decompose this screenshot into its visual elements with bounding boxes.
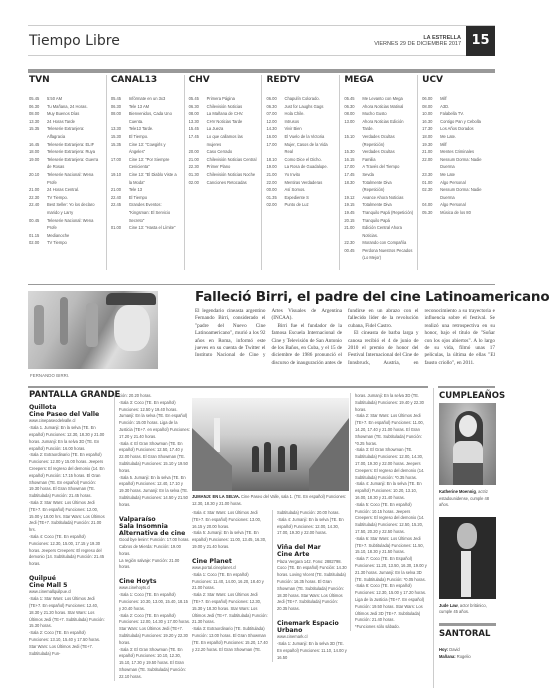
program-title: Expediente S [284, 194, 335, 202]
venue-url[interactable]: www.cinemark.cl [277, 634, 348, 641]
program-row: 17.30Los Años Dorados [422, 125, 491, 133]
section-heading: PANTALLA GRANDE [29, 390, 120, 400]
program-row: 02.00TV Tiempo [29, 239, 102, 247]
santoral-item: Mañana: Rogelio [439, 654, 495, 661]
program-time: 06.30 [189, 103, 207, 111]
program-time: 17.00 [111, 156, 129, 171]
program-row: 04.00Algo Personal [422, 201, 491, 209]
city-name: Quilpué [29, 575, 105, 582]
program-row: 15.10Verdades Ocultas (Repetición) [344, 133, 413, 148]
program-title: Teleserie Nacional: Wena Profe [47, 217, 102, 232]
program-title: Algo Personal [440, 179, 491, 187]
paper-info: LA ESTRELLA VIERNES 29 DE DICIEMBRE 2017 [374, 35, 461, 47]
program-title: A3D. [440, 103, 491, 111]
program-title: Así Somos. [284, 186, 335, 194]
program-time: 22.45 [111, 201, 129, 224]
program-title: Primera Página [207, 95, 258, 103]
showtimes: -Sala 5: Coco (TE. En español) Función: … [355, 502, 428, 536]
program-time: 17.45 [344, 171, 362, 179]
program-title: Intrusos [284, 118, 335, 126]
program-time: 05.30 [422, 209, 440, 217]
program-row: 18.10Como Dice el Dicho. [266, 156, 335, 164]
program-time: 21.00 [111, 186, 129, 194]
program-row: 22.30Morando con Compañía [344, 239, 413, 247]
program-title: Chilevisión Noticias Noche [207, 171, 258, 179]
program-title: 5:50 AM [47, 95, 102, 103]
program-row: 22.00Mentiras Verdaderas [266, 179, 335, 187]
showtimes: -Sala 1. Jumanji: En la selva (TE. En es… [29, 425, 105, 452]
program-row: 02.00Canciones Retocadas [189, 179, 258, 187]
program-time: 00.45 [344, 247, 362, 262]
channel-name: MEGA [344, 75, 413, 85]
program-title: Totalmente Diva [362, 201, 413, 209]
program-title: Lo que callamos las mujeres [207, 133, 258, 148]
showtimes: -Sala 8: Coco (TE. En español) Funciones… [355, 583, 428, 624]
channel-column: CANAL1305.45Infórmate en un 3x306.30Tele… [106, 75, 184, 270]
program-row: 17.45Sevda [344, 171, 413, 179]
program-row: 15.35Teleserie Extranjera: Alfagracia [29, 125, 102, 140]
venue-subtitle: Alternativa de cine [119, 530, 190, 537]
program-row: 17.45Lo que callamos las mujeres [189, 133, 258, 148]
showtimes: -Sala 3: El Gran Showman (TE. Subtitulad… [355, 447, 428, 481]
issue-date: VIERNES 29 DE DICIEMBRE 2017 [374, 41, 461, 47]
program-title: Teleserie Nacional: Wena Profe [47, 171, 102, 186]
program-time: 13.00 [344, 118, 362, 133]
program-title: Mujer, Casos de la Vida Real [284, 141, 335, 156]
program-title: Medianoche [47, 232, 102, 240]
showtimes: La región salvaje: Función: 21.00 horas. [119, 558, 190, 572]
program-time: 02.30 [422, 186, 440, 201]
program-title: Caso Cerrado [207, 148, 258, 156]
program-row: 19.30Milf [422, 141, 491, 149]
program-title: Algo Personal [440, 201, 491, 209]
program-title: Mentes Criminales [440, 148, 491, 156]
program-time: 15.35 [29, 125, 47, 140]
program-title: Teleserie Extranjera: Ruya [47, 148, 102, 156]
program-row: 06.30Chilevisión Noticias [189, 103, 258, 111]
program-row: 14.30Vivir Bien [266, 125, 335, 133]
program-row: 19.12Avance Ahora Noticias [344, 194, 413, 202]
program-time: 22.40 [29, 201, 47, 216]
program-title: Muy Buenos Días [47, 110, 102, 118]
program-time: 18.00 [29, 148, 47, 156]
program-time: 22.00 [266, 179, 284, 187]
program-time: 01.00 [111, 224, 129, 232]
channel-column: CHV05.45Primera Página06.30Chilevisión N… [184, 75, 262, 270]
program-row: 08.00Mucho Gusto [344, 110, 413, 118]
program-title: Verdades Ocultas (Repetición) [362, 133, 413, 148]
program-row: 13.30Tele13 Tarde. [111, 125, 180, 133]
santoral-name: Rogelio [456, 654, 471, 659]
program-time: 16.30 [422, 118, 440, 126]
program-time: 08.00 [29, 110, 47, 118]
venue-name: Sala Insomnia [119, 523, 190, 530]
program-time: 22.30 [344, 239, 362, 247]
program-time: 15.10 [344, 133, 362, 148]
program-title: Teleserie Extranjera: ELIF [47, 141, 102, 149]
showtimes: horas. Jumanji: En la selva 3D (TE. Subt… [355, 393, 428, 413]
program-row: 06.00Chapulín Colorado. [266, 95, 335, 103]
program-title: La Jueza [207, 125, 258, 133]
santoral-label: Hoy: [439, 647, 448, 652]
program-row: 13.30CHV Noticias Tarde [189, 118, 258, 126]
channel-name: TVN [29, 75, 102, 85]
program-time: 06.30 [344, 103, 362, 111]
showtimes: -Sala 1: Jumanji: En la selva 3D (TE. En… [277, 641, 348, 661]
program-title: Best Seller: Yo los declaro marido y Lar… [47, 201, 102, 216]
program-time: 21.00 [189, 156, 207, 164]
program-title: Chilevisión Noticias Central [207, 156, 258, 164]
program-time: 07.00 [266, 110, 284, 118]
program-time: 21.00 [29, 186, 47, 194]
program-title: Cine 13: "Por Siempre Cenicienta" [129, 156, 180, 171]
program-row: 07.00Hola Chile. [266, 110, 335, 118]
program-row: 15.30Verdades Ocultas [344, 148, 413, 156]
birthday-caption: Katherine Moennig, actriz estadounidense… [439, 489, 495, 509]
program-title: Tu Mañana, 24 Horas. [47, 103, 102, 111]
program-row: 19.00La Rosa de Guadalupe. [266, 163, 335, 171]
showtimes: -Sala 2: Star Wars: Los Últimos Jedi (TE… [192, 592, 268, 626]
program-row: 18.30Totalmente Diva (Repetición) [344, 179, 413, 194]
program-row: 12.00Intrusos [266, 118, 335, 126]
program-row: 19.15Totalmente Diva [344, 201, 413, 209]
program-title: Tranquilo Papá [362, 217, 413, 225]
showtimes: -Sala 5. Jumanji: En la selva (TE. En es… [119, 475, 190, 509]
program-title: Primer Plano [207, 163, 258, 171]
program-title: Bienvenidos, Cada Uno Cuenta. [129, 110, 180, 125]
program-row: 15.45La Jueza [189, 125, 258, 133]
program-row: 20.10Teleserie Nacional: Wena Profe [29, 171, 102, 186]
city-name: Viña del Mar [277, 544, 348, 551]
program-time: 10.00 [422, 110, 440, 118]
program-time: 17.30 [422, 125, 440, 133]
program-title: TV Tiempo [47, 239, 102, 247]
program-row: 15.30El Tiempo. [111, 133, 180, 141]
program-time: 06.30 [266, 103, 284, 111]
program-time: 08.00 [344, 110, 362, 118]
program-row: 05.45Primera Página [189, 95, 258, 103]
program-row: 05.455:50 AM [29, 95, 102, 103]
program-time: 06.00 [422, 95, 440, 103]
venue-name: Cine Planet [192, 558, 268, 565]
program-time: 13.30 [29, 118, 47, 126]
santoral-label: Mañana: [439, 654, 456, 659]
channel-column: MEGA05.45Me Levanto con Mega06.30Ahora N… [339, 75, 417, 270]
program-title: Sevda [362, 171, 413, 179]
showtimes: -Sala 3: Extraordinario (TE. Subtitulada… [192, 626, 268, 653]
program-row: 02.00Punto de Luz [266, 201, 335, 209]
program-time: 00.45 [29, 217, 47, 232]
program-row: 05.45Infórmate en un 3x3 [111, 95, 180, 103]
showtimes: -Sala 3: El Gran Showman (TE. En español… [119, 647, 190, 681]
program-time: 05.45 [344, 95, 362, 103]
listing-column: Quillota Cine Paseo del Valle www.cinepa… [29, 404, 105, 657]
listing-column: Subtitulada) Función: 20.00 horas. -Sala… [272, 510, 348, 662]
program-title: Tele13 Tarde. [129, 125, 180, 133]
program-title: El Tiempo [129, 194, 180, 202]
program-row: 08.00A3D. [422, 103, 491, 111]
program-row: 08.00Muy Buenos Días [29, 110, 102, 118]
program-title: Cine 13: "Hasta el Límite" [129, 224, 180, 232]
program-row: 22.30TV Tiempo. [29, 194, 102, 202]
program-time: 02.00 [29, 239, 47, 247]
program-time: 15.35 [111, 141, 129, 156]
program-title: Grandes Eventos: "Kingsman: El Servicio … [129, 201, 180, 224]
program-row: 00.45Perdona Nuestros Pecados (Lo Mejor) [344, 247, 413, 262]
birthdays-heading: CUMPLEAÑOS [439, 391, 495, 401]
program-title: Música de los 80 [440, 209, 491, 217]
program-row: 05.30Música de los 80 [422, 209, 491, 217]
program-time: 19.15 [344, 201, 362, 209]
birthday-photo [439, 403, 496, 485]
program-title: Canciones Retocadas [207, 179, 258, 187]
program-row: 21.00Mentes Criminales [422, 148, 491, 156]
channel-column: TVN05.455:50 AM06.30Tu Mañana, 24 Horas.… [28, 75, 106, 270]
channel-name: UCV [422, 75, 491, 85]
showtimes: Plaza Vergara 142. Fono: 2882798. [277, 559, 348, 566]
program-row: 08.00Bienvenidos, Cada Uno Cuenta. [111, 110, 180, 125]
birri-photo [28, 291, 158, 369]
program-time: 23.30 [422, 171, 440, 179]
program-time: 14.30 [266, 125, 284, 133]
birthday-name: Katherine Moennig [439, 489, 476, 494]
program-time: 20.10 [29, 171, 47, 186]
article-headline: Falleció Birri, el padre del cine Latino… [195, 289, 549, 305]
program-time: 17.45 [189, 133, 207, 148]
program-time: 19.45 [344, 209, 362, 217]
showtimes: -Sala 4: Star Wars: Los Últimos Jedi (TE… [192, 510, 268, 530]
program-time: 20.00 [189, 148, 207, 156]
caption-title: JUMANJI: EN LA SELVA. [192, 494, 240, 499]
program-title: La Mañana de CHV. [207, 110, 258, 118]
program-row: 23.30Me Late [422, 171, 491, 179]
program-time: 16.15 [344, 156, 362, 164]
program-time: 15.30 [344, 148, 362, 156]
santoral-heading: SANTORAL [439, 629, 495, 639]
program-row: 01.00Cine 13: "Hasta el Límite" [111, 224, 180, 232]
birthday-photo [439, 517, 496, 599]
showtimes: -Sala 1: Coco (TE. En español) Funciones… [119, 592, 190, 612]
program-title: Me Late [440, 171, 491, 179]
program-title: Me Levanto con Mega [362, 95, 413, 103]
showtimes: -Sala 4: Jumanji: En la selva (TE. En es… [355, 481, 428, 501]
showtimes: Subtitulada) Función: 20.00 horas. [277, 510, 348, 517]
venue-url[interactable]: www.portal.cineplanet.cl [192, 565, 268, 572]
program-title: Just for Laughs Gags [284, 103, 335, 111]
program-row: 21.0024 Horas Central. [29, 186, 102, 194]
program-time: 22.00 [422, 156, 440, 171]
program-row: 16.00El Vuelo de la Victoria [266, 133, 335, 141]
program-title: Chilevisión Noticias [207, 103, 258, 111]
program-row: 16.30Contigo Pan y Cebolla [422, 118, 491, 126]
venue-url[interactable]: www.cinemallquilpue.cl [29, 589, 105, 596]
program-title: Tranquilo Papá (Repetición) [362, 209, 413, 217]
program-time: 20.15 [344, 217, 362, 225]
program-row: 00.45Teleserie Nacional: Wena Profe [29, 217, 102, 232]
program-title: Morando con Compañía [362, 239, 413, 247]
program-row: 01.35Expediente S [266, 194, 335, 202]
program-title: Como Dice el Dicho. [284, 156, 335, 164]
program-time: 08.00 [422, 103, 440, 111]
program-time: 08.00 [189, 110, 207, 118]
listing-column: ción: 20.20 horas. -Sala 3: Coco (TE. En… [114, 393, 190, 681]
program-title: Infórmate en un 3x3 [129, 95, 180, 103]
program-title: Contigo Pan y Cebolla [440, 118, 491, 126]
program-time: 00.00 [266, 186, 284, 194]
program-row: 08.00La Mañana de CHV. [189, 110, 258, 118]
program-row: 22.00Nessum Dorma: Nadie Duerma [422, 156, 491, 171]
program-title: Nessum Dorma: Nadie Duerma [440, 186, 491, 201]
program-time: 01.15 [29, 232, 47, 240]
photo-caption: FERNANDO BIRRI. [30, 373, 69, 378]
program-row: 13.00Ahora Noticias Edición Tarde. [344, 118, 413, 133]
program-title: Familia [362, 156, 413, 164]
program-title: Tele 13 AM [129, 103, 180, 111]
program-row: 16.15Familia [344, 156, 413, 164]
program-time: 05.45 [29, 95, 47, 103]
program-row: 10.00Falabella TV. [422, 110, 491, 118]
channel-name: CHV [189, 75, 258, 85]
program-row: 21.00Yo Invito [266, 171, 335, 179]
program-time: 16.00 [266, 133, 284, 141]
program-row: 06.30Just for Laughs Gags [266, 103, 335, 111]
program-time: 06.30 [29, 103, 47, 111]
program-title: A Través del Tiempo [362, 163, 413, 171]
divider-bar [439, 623, 496, 626]
program-time: 01.35 [266, 194, 284, 202]
venue-name: Cine Mall 5 [29, 582, 105, 589]
program-row: 22.40Best Seller: Yo los declaro marido … [29, 201, 102, 216]
program-time: 22.30 [29, 194, 47, 202]
channel-column: UCV06.00Milf08.00A3D.10.00Falabella TV.1… [417, 75, 495, 270]
program-title: 24 Horas Central. [47, 186, 102, 194]
program-title: Yo Invito [284, 171, 335, 179]
program-time: 19.10 [111, 171, 129, 186]
program-title: Me Late. [440, 133, 491, 141]
program-time: 18.30 [344, 179, 362, 194]
program-title: El Tiempo. [129, 133, 180, 141]
showtimes: -Sala 6: Star Wars: Los Últimos Jedi (TE… [355, 536, 428, 556]
program-row: 06.30Tu Mañana, 24 Horas. [29, 103, 102, 111]
program-row: 06.30Tele 13 AM [111, 103, 180, 111]
program-time: 19.30 [422, 141, 440, 149]
photo-caption: JUMANJI: EN LA SELVA. Cine Paseo del Val… [192, 494, 349, 508]
program-time: 21.00 [266, 171, 284, 179]
footnote: *Funciones sólo sábado. [355, 624, 428, 631]
program-title: Nessum Dorma: Nadie Duerma [440, 156, 491, 171]
venue-url[interactable]: www.cinepaseodelvalle.cl [29, 418, 105, 425]
venue-name: Cine Hoyts [119, 578, 190, 585]
program-row: 22.30Primer Plano [189, 163, 258, 171]
program-time: 02.00 [266, 201, 284, 209]
program-row: 21.00Edición Central Ahora Noticias. [344, 224, 413, 239]
program-row: 05.45Me Levanto con Mega [344, 95, 413, 103]
showtimes: ción: 20.20 horas. [119, 393, 190, 400]
program-time: 04.00 [422, 201, 440, 209]
santoral-item: Hoy: David [439, 647, 495, 654]
program-title: Tele 13 [129, 186, 180, 194]
venue-url[interactable]: www.cinehoyts.cl [119, 585, 190, 592]
program-title: Ahora Noticias Matinal [362, 103, 413, 111]
program-row: 15.35Cine 13: "Cowgirls y Ángeles" [111, 141, 180, 156]
program-time: 19.00 [29, 156, 47, 171]
program-row: 21.00Tele 13 [111, 186, 180, 194]
showtimes: -Sala 5: Jumanji: En la selva (TE. En es… [192, 530, 268, 550]
program-row: 13.3024 Horas Tarde [29, 118, 102, 126]
showtimes: -Sala 1: Coco (TE. En español) Funciones… [192, 572, 268, 592]
program-title: 24 Horas Tarde [47, 118, 102, 126]
city-name: Quillota [29, 404, 105, 411]
program-time: 05.45 [111, 95, 129, 103]
program-row: 02.30Nessum Dorma: Nadie Duerma [422, 186, 491, 201]
showtimes: Cabros de Mierda: Función: 19.00 horas. [119, 544, 190, 558]
venue-name: Cinemark Espacio Urbano [277, 620, 348, 634]
showtimes: -Sala 1: Star Wars: Los Últimos Jedi (TE… [29, 596, 105, 630]
program-time: 18.00 [422, 133, 440, 141]
program-row: 01.00Algo Personal [422, 179, 491, 187]
program-time: 15.30 [111, 133, 129, 141]
program-time: 22.40 [111, 194, 129, 202]
program-title: El Vuelo de la Victoria [284, 133, 335, 141]
city-name: Valparaíso [119, 516, 190, 523]
program-row: 16.45Teleserie Extranjera: ELIF [29, 141, 102, 149]
page-number: 15 [466, 26, 495, 56]
program-title: Verdades Ocultas [362, 148, 413, 156]
channel-name: CANAL13 [111, 75, 180, 85]
showtimes: -Sala 2: Star Wars: Los Últimos Jedi (TE… [355, 413, 428, 447]
program-title: Los Años Dorados [440, 125, 491, 133]
program-title: Vivir Bien [284, 125, 335, 133]
program-time: 02.00 [189, 179, 207, 187]
program-title: Cine 13: "Cowgirls y Ángeles" [129, 141, 180, 156]
showtimes: -Sala 4: El Gran Showman (TE. En español… [119, 441, 190, 475]
program-time: 18.10 [266, 156, 284, 164]
birthday-name: Jude Law [439, 603, 458, 608]
program-row: 01.30Chilevisión Noticias Noche [189, 171, 258, 179]
program-row: 20.00Caso Cerrado [189, 148, 258, 156]
program-row: 06.30Ahora Noticias Matinal [344, 103, 413, 111]
program-time: 06.00 [266, 95, 284, 103]
program-title: Falabella TV. [440, 110, 491, 118]
program-title: Edición Central Ahora Noticias. [362, 224, 413, 239]
program-row: 18.00Me Late. [422, 133, 491, 141]
program-time: 05.45 [189, 95, 207, 103]
program-row: 19.00Teleserie Extranjera: Guerra de Ros… [29, 156, 102, 171]
program-row: 00.00Así Somos. [266, 186, 335, 194]
showtimes: -Sala 2: Extraordinario (TE. En español)… [29, 452, 105, 500]
venue-name: Cine Paseo del Valle [29, 411, 105, 418]
article-body: El legendario cineasta argentino Fernand… [195, 308, 495, 380]
section-title: Tiempo Libre [29, 33, 120, 49]
program-title: Teleserie Extranjera: Guerra de Rosas [47, 156, 102, 171]
channel-name: REDTV [266, 75, 335, 85]
program-title: Totalmente Diva (Repetición) [362, 179, 413, 194]
venue-name: Cine Arte [277, 551, 348, 558]
program-title: Punto de Luz [284, 201, 335, 209]
showtimes: -Sala 3: Star Wars: Los Últimos Jedi (TE… [29, 500, 105, 534]
showtimes: -Sala 2: Coco (TE. En español) Funciones… [119, 613, 190, 647]
showtimes: Coco (TE. En español) Función: 14.30 hor… [277, 565, 348, 613]
channel-column: REDTV06.00Chapulín Colorado.06.30Just fo… [261, 75, 339, 270]
program-title: Avance Ahora Noticias [362, 194, 413, 202]
program-row: 19.45Tranquilo Papá (Repetición) [344, 209, 413, 217]
program-time: 21.00 [344, 224, 362, 239]
program-time: 06.30 [111, 103, 129, 111]
divider [28, 284, 495, 285]
program-row: 20.15Tranquilo Papá [344, 217, 413, 225]
program-row: 06.00Milf [422, 95, 491, 103]
program-title: Mucho Gusto [362, 110, 413, 118]
